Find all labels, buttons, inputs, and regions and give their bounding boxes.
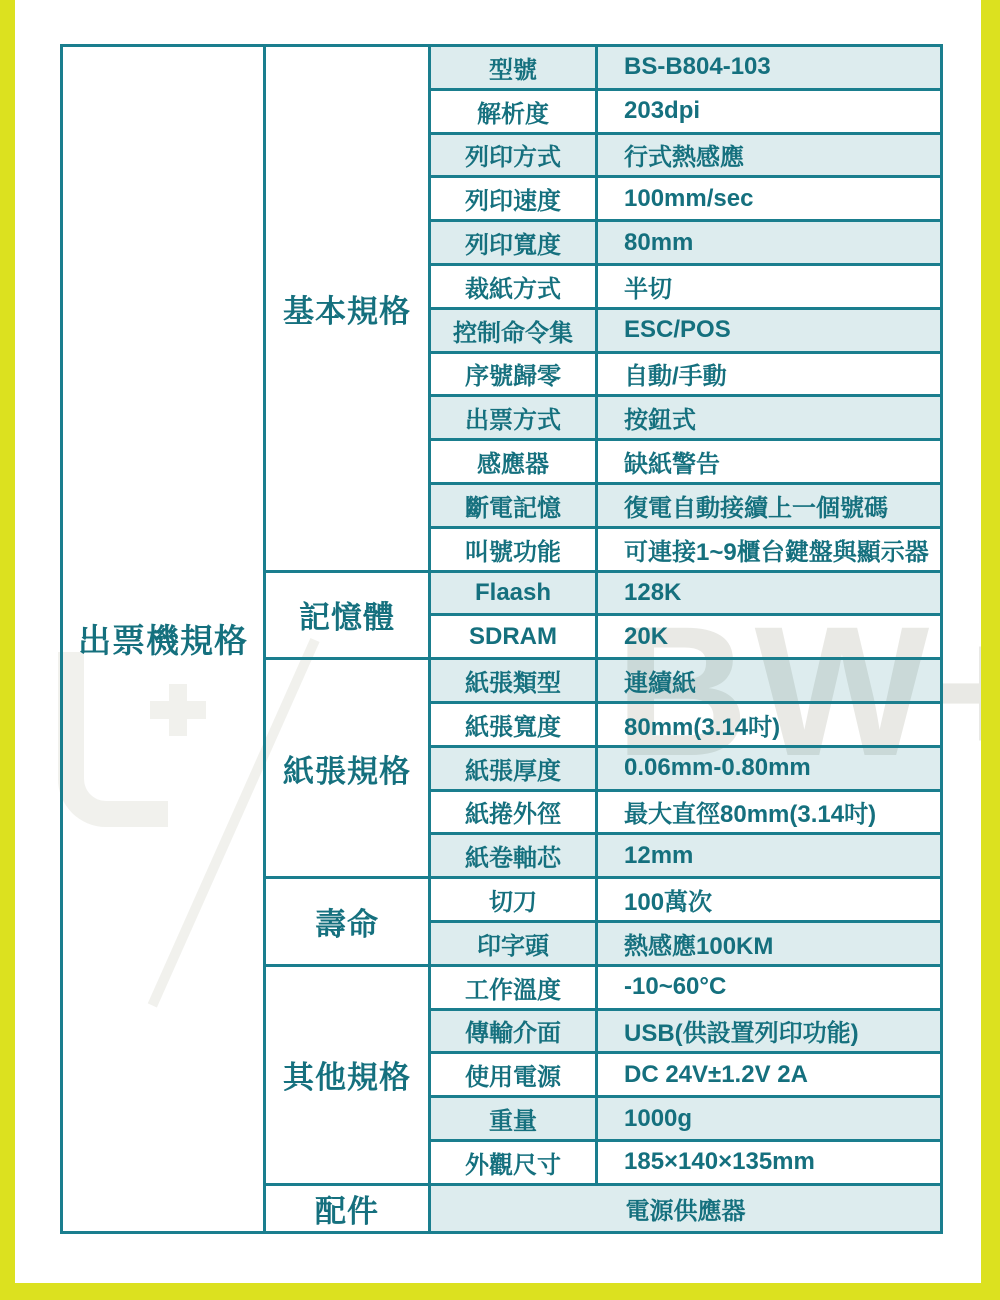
- spec-value: 連續紙: [597, 659, 942, 703]
- spec-label: 型號: [430, 46, 597, 90]
- spec-label: 叫號功能: [430, 527, 597, 571]
- spec-value: 100mm/sec: [597, 177, 942, 221]
- spec-value: 203dpi: [597, 89, 942, 133]
- spec-value: USB(供設置列印功能): [597, 1009, 942, 1053]
- category-cell: 配件: [265, 1184, 430, 1232]
- spec-value: 行式熱感應: [597, 133, 942, 177]
- spec-value: 按鈕式: [597, 396, 942, 440]
- spec-value: 自動/手動: [597, 352, 942, 396]
- spec-label: SDRAM: [430, 615, 597, 659]
- spec-label: 裁紙方式: [430, 264, 597, 308]
- spec-label: 控制命令集: [430, 308, 597, 352]
- spec-table: 出票機規格基本規格型號BS-B804-103解析度203dpi列印方式行式熱感應…: [60, 44, 940, 1228]
- spec-label: Flaash: [430, 571, 597, 615]
- spec-table-body: 出票機規格基本規格型號BS-B804-103解析度203dpi列印方式行式熱感應…: [62, 46, 942, 1233]
- spec-label: 印字頭: [430, 921, 597, 965]
- spec-value: 185×140×135mm: [597, 1140, 942, 1184]
- page: BW+ 出票機規格基本規格型號BS-B804-103解析度203dpi列印方式行…: [0, 0, 1000, 1300]
- spec-value: 復電自動接續上一個號碼: [597, 483, 942, 527]
- category-cell: 其他規格: [265, 965, 430, 1184]
- spec-value: 最大直徑80mm(3.14吋): [597, 790, 942, 834]
- spec-label: 列印方式: [430, 133, 597, 177]
- spec-value: 缺紙警告: [597, 440, 942, 484]
- spec-value: 可連接1~9櫃台鍵盤與顯示器: [597, 527, 942, 571]
- spec-value: 0.06mm-0.80mm: [597, 746, 942, 790]
- spec-value: 80mm(3.14吋): [597, 702, 942, 746]
- category-cell: 基本規格: [265, 46, 430, 572]
- spec-label: 出票方式: [430, 396, 597, 440]
- spec-value: 熱感應100KM: [597, 921, 942, 965]
- spec-label: 紙卷軸芯: [430, 834, 597, 878]
- spec-label: 傳輸介面: [430, 1009, 597, 1053]
- spec-label: 列印寬度: [430, 221, 597, 265]
- spec-label: 斷電記憶: [430, 483, 597, 527]
- frame-bottom-stripe: [0, 1283, 1000, 1300]
- spec-label: 感應器: [430, 440, 597, 484]
- spec-label: 紙捲外徑: [430, 790, 597, 834]
- spec-value: 20K: [597, 615, 942, 659]
- table-row: 出票機規格基本規格型號BS-B804-103: [62, 46, 942, 90]
- spec-label: 序號歸零: [430, 352, 597, 396]
- spec-label: 紙張厚度: [430, 746, 597, 790]
- spec-value: 12mm: [597, 834, 942, 878]
- frame-right-stripe: [981, 0, 1000, 1300]
- frame-left-stripe: [0, 0, 15, 1300]
- spec-value-merged: 電源供應器: [430, 1184, 942, 1232]
- spec-value: 100萬次: [597, 878, 942, 922]
- category-cell: 紙張規格: [265, 659, 430, 878]
- row-group-title: 出票機規格: [62, 46, 265, 1233]
- spec-value: DC 24V±1.2V 2A: [597, 1053, 942, 1097]
- spec-value: 1000g: [597, 1097, 942, 1141]
- spec-label: 解析度: [430, 89, 597, 133]
- spec-value: ESC/POS: [597, 308, 942, 352]
- spec-label: 紙張類型: [430, 659, 597, 703]
- spec-label: 切刀: [430, 878, 597, 922]
- spec-label: 使用電源: [430, 1053, 597, 1097]
- spec-table-grid: 出票機規格基本規格型號BS-B804-103解析度203dpi列印方式行式熱感應…: [60, 44, 943, 1234]
- spec-value: 80mm: [597, 221, 942, 265]
- spec-label: 紙張寬度: [430, 702, 597, 746]
- spec-label: 重量: [430, 1097, 597, 1141]
- category-cell: 記憶體: [265, 571, 430, 659]
- spec-label: 工作溫度: [430, 965, 597, 1009]
- spec-value: 半切: [597, 264, 942, 308]
- spec-value: 128K: [597, 571, 942, 615]
- category-cell: 壽命: [265, 878, 430, 966]
- spec-label: 列印速度: [430, 177, 597, 221]
- spec-value: -10~60°C: [597, 965, 942, 1009]
- spec-value: BS-B804-103: [597, 46, 942, 90]
- spec-label: 外觀尺寸: [430, 1140, 597, 1184]
